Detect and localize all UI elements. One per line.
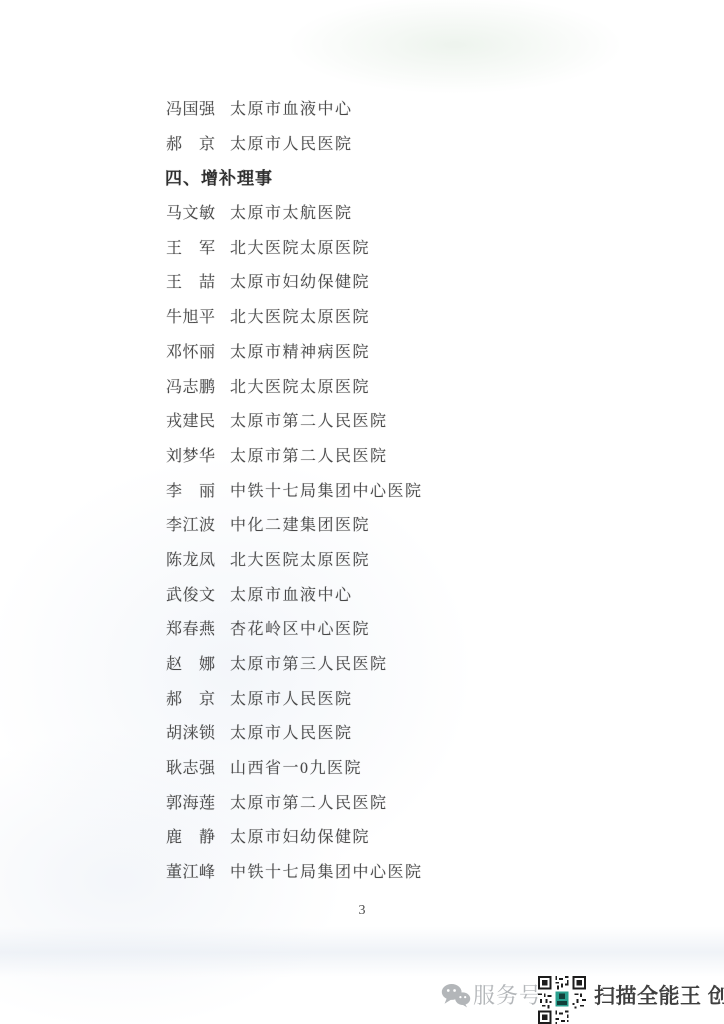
member-name: 武俊文 — [166, 579, 216, 614]
section-rows: 马文敏 太原市太航医院 王 军 北大医院太原医院 王 喆 太原市妇幼保健院 牛旭… — [0, 197, 724, 891]
member-name: 郝 京 — [166, 683, 216, 718]
member-name: 王 喆 — [166, 266, 216, 301]
member-affiliation: 太原市第二人民医院 — [230, 405, 388, 440]
member-affiliation: 太原市妇幼保健院 — [230, 821, 370, 856]
member-affiliation: 中铁十七局集团中心医院 — [230, 475, 423, 510]
member-row: 郑春燕 杏花岭区中心医院 — [0, 613, 724, 648]
member-affiliation: 太原市人民医院 — [230, 683, 353, 718]
member-name: 耿志强 — [166, 752, 216, 787]
member-name: 冯国强 — [166, 93, 216, 128]
member-affiliation: 太原市血液中心 — [230, 93, 353, 128]
member-row: 耿志强 山西省一0九医院 — [0, 752, 724, 787]
qr-code — [538, 976, 586, 1024]
member-affiliation: 北大医院太原医院 — [230, 232, 370, 267]
member-row: 王 军 北大医院太原医院 — [0, 232, 724, 267]
member-row: 王 喆 太原市妇幼保健院 — [0, 266, 724, 301]
member-affiliation: 中化二建集团医院 — [230, 509, 370, 544]
member-row: 冯志鹏 北大医院太原医院 — [0, 371, 724, 406]
member-name: 鹿 静 — [166, 821, 216, 856]
member-name: 李 丽 — [166, 475, 216, 510]
member-name: 刘梦华 — [166, 440, 216, 475]
member-row: 郭海莲 太原市第二人民医院 — [0, 787, 724, 822]
member-affiliation: 太原市人民医院 — [230, 717, 353, 752]
member-affiliation: 太原市妇幼保健院 — [230, 266, 370, 301]
member-row: 郝 京 太原市人民医院 — [0, 128, 724, 163]
member-affiliation: 太原市第二人民医院 — [230, 440, 388, 475]
member-row: 李江波 中化二建集团医院 — [0, 509, 724, 544]
member-affiliation: 太原市人民医院 — [230, 128, 353, 163]
member-row: 戎建民 太原市第二人民医院 — [0, 405, 724, 440]
member-row: 刘梦华 太原市第二人民医院 — [0, 440, 724, 475]
member-affiliation: 太原市精神病医院 — [230, 336, 370, 371]
member-name: 王 军 — [166, 232, 216, 267]
member-affiliation: 北大医院太原医院 — [230, 544, 370, 579]
member-name: 郝 京 — [166, 128, 216, 163]
member-affiliation: 太原市第二人民医院 — [230, 787, 388, 822]
member-affiliation: 太原市第三人民医院 — [230, 648, 388, 683]
member-row: 陈龙凤 北大医院太原医院 — [0, 544, 724, 579]
member-name: 赵 娜 — [166, 648, 216, 683]
member-name: 马文敏 — [166, 197, 216, 232]
member-name: 邓怀丽 — [166, 336, 216, 371]
member-row: 武俊文 太原市血液中心 — [0, 579, 724, 614]
member-row: 马文敏 太原市太航医院 — [0, 197, 724, 232]
member-affiliation: 太原市血液中心 — [230, 579, 353, 614]
member-row: 郝 京 太原市人民医院 — [0, 683, 724, 718]
member-list: 冯国强 太原市血液中心 郝 京 太原市人民医院 四、增补理事 马文敏 太原市太航… — [0, 93, 724, 891]
member-name: 胡涞锁 — [166, 717, 216, 752]
member-affiliation: 北大医院太原医院 — [230, 301, 370, 336]
member-name: 郭海莲 — [166, 787, 216, 822]
member-row: 董江峰 中铁十七局集团中心医院 — [0, 856, 724, 891]
member-row: 胡涞锁 太原市人民医院 — [0, 717, 724, 752]
camscanner-footer: 服务号 — [0, 974, 724, 1024]
member-name: 陈龙凤 — [166, 544, 216, 579]
member-row: 邓怀丽 太原市精神病医院 — [0, 336, 724, 371]
member-row: 赵 娜 太原市第三人民医院 — [0, 648, 724, 683]
member-name: 郑春燕 — [166, 613, 216, 648]
member-name: 牛旭平 — [166, 301, 216, 336]
wechat-icon — [441, 983, 471, 1008]
member-row: 李 丽 中铁十七局集团中心医院 — [0, 475, 724, 510]
page-number: 3 — [0, 903, 724, 919]
member-row: 冯国强 太原市血液中心 — [0, 93, 724, 128]
member-affiliation: 杏花岭区中心医院 — [230, 613, 370, 648]
service-account-label: 服务号 — [473, 983, 542, 1009]
member-name: 戎建民 — [166, 405, 216, 440]
member-name: 李江波 — [166, 509, 216, 544]
member-affiliation: 山西省一0九医院 — [230, 752, 362, 787]
member-row: 鹿 静 太原市妇幼保健院 — [0, 821, 724, 856]
member-name: 冯志鹏 — [166, 371, 216, 406]
camscanner-watermark: 扫描全能王 创建 — [594, 984, 724, 1009]
pre-section-rows: 冯国强 太原市血液中心 郝 京 太原市人民医院 — [0, 93, 724, 162]
member-row: 牛旭平 北大医院太原医院 — [0, 301, 724, 336]
section-heading: 四、增补理事 — [0, 162, 724, 197]
member-name: 董江峰 — [166, 856, 216, 891]
member-affiliation: 中铁十七局集团中心医院 — [230, 856, 423, 891]
member-affiliation: 太原市太航医院 — [230, 197, 353, 232]
member-affiliation: 北大医院太原医院 — [230, 371, 370, 406]
